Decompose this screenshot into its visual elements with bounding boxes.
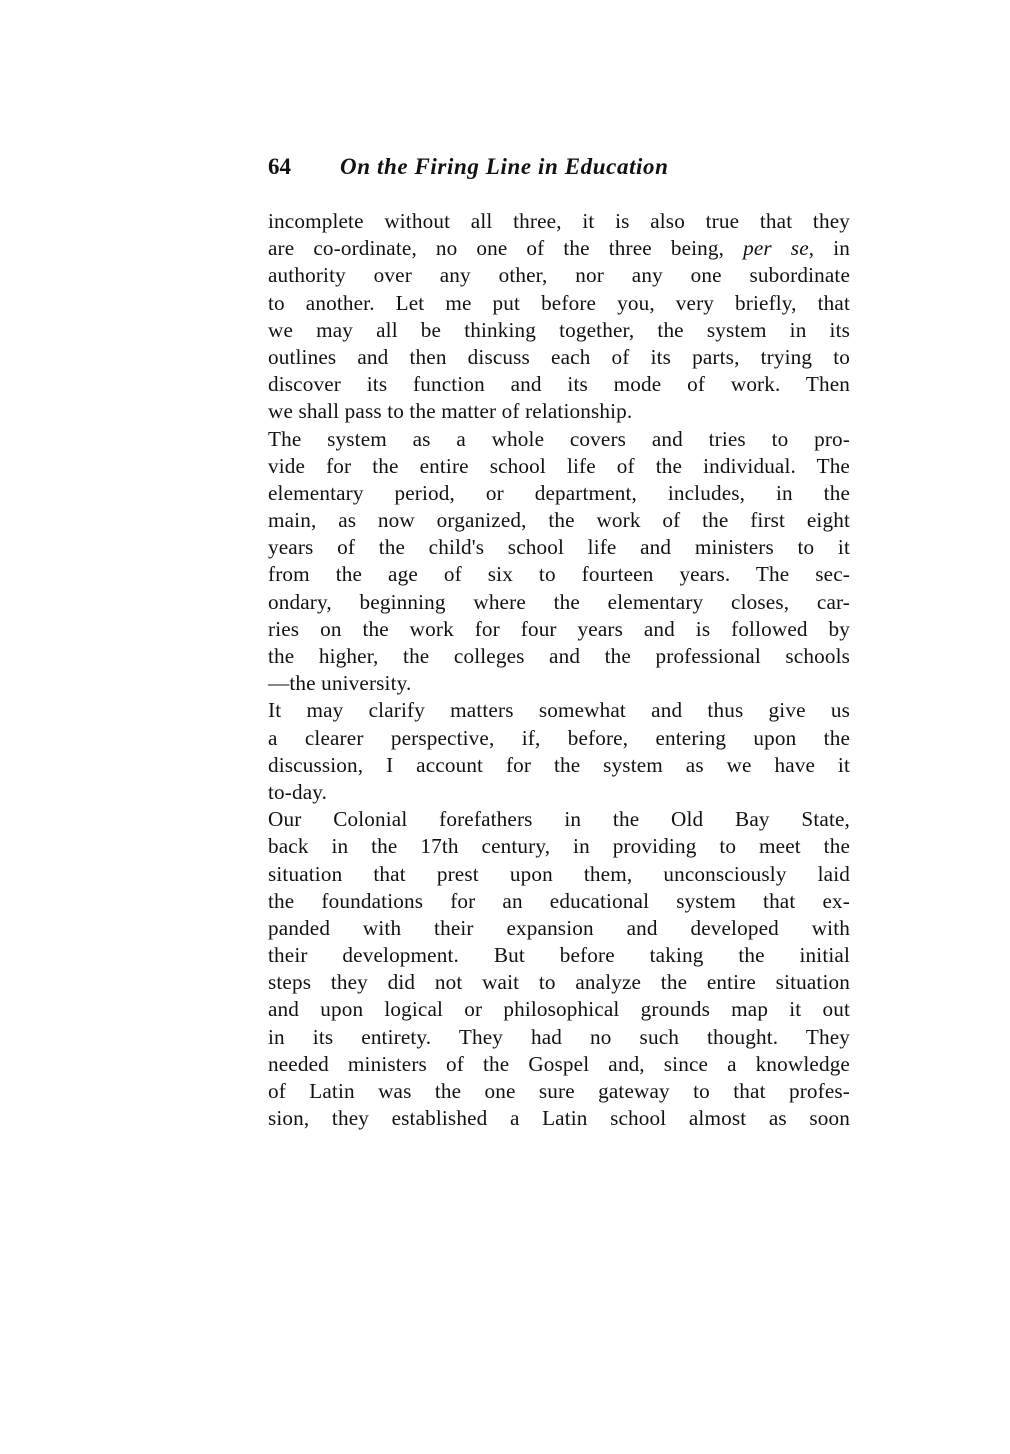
text-line: ondary, beginning where the elementary c… — [268, 589, 850, 616]
text-line: from the age of six to fourteen years. T… — [268, 561, 850, 588]
text-line: main, as now organized, the work of the … — [268, 507, 850, 534]
text-line: and upon logical or philosophical ground… — [268, 996, 850, 1023]
text-line: situation that prest upon them, unconsci… — [268, 861, 850, 888]
text-line: elementary period, or department, includ… — [268, 480, 850, 507]
running-head: 64 On the Firing Line in Education — [268, 150, 850, 190]
text-line: ries on the work for four years and is f… — [268, 616, 850, 643]
text-line: sion, they established a Latin school al… — [268, 1105, 850, 1132]
text-line: we shall pass to the matter of relations… — [268, 398, 850, 425]
text-line: outlines and then discuss each of its pa… — [268, 344, 850, 371]
text-span: , in — [809, 236, 850, 260]
text-line: discussion, I account for the system as … — [268, 752, 850, 779]
text-line: authority over any other, nor any one su… — [268, 262, 850, 289]
text-line: steps they did not wait to analyze the e… — [268, 969, 850, 996]
text-line: in its entirety. They had no such though… — [268, 1024, 850, 1051]
text-line: The system as a whole covers and tries t… — [268, 426, 850, 453]
text-line: needed ministers of the Gospel and, sinc… — [268, 1051, 850, 1078]
text-line: —the university. — [268, 670, 850, 697]
text-line: of Latin was the one sure gateway to tha… — [268, 1078, 850, 1105]
text-span: are co-ordinate, no one of the three bei… — [268, 236, 743, 260]
text-line: are co-ordinate, no one of the three bei… — [268, 235, 850, 262]
text-line: back in the 17th century, in providing t… — [268, 833, 850, 860]
book-page: 64 On the Firing Line in Education incom… — [268, 150, 850, 1132]
text-line: Our Colonial forefathers in the Old Bay … — [268, 806, 850, 833]
text-line: to-day. — [268, 779, 850, 806]
running-title: On the Firing Line in Education — [340, 154, 669, 180]
paragraph-continuation: incomplete without all three, it is also… — [268, 208, 850, 426]
text-line: we may all be thinking together, the sys… — [268, 317, 850, 344]
paragraph-clarify: It may clarify matters somewhat and thus… — [268, 697, 850, 806]
body-text: incomplete without all three, it is also… — [268, 208, 850, 1132]
page-number: 64 — [268, 154, 291, 180]
text-line: panded with their expansion and develope… — [268, 915, 850, 942]
text-line: the higher, the colleges and the profess… — [268, 643, 850, 670]
latin-phrase: per se — [743, 236, 809, 260]
text-line: to another. Let me put before you, very … — [268, 290, 850, 317]
text-line: a clearer perspective, if, before, enter… — [268, 725, 850, 752]
text-line: vide for the entire school life of the i… — [268, 453, 850, 480]
text-line: years of the child's school life and min… — [268, 534, 850, 561]
text-line: incomplete without all three, it is also… — [268, 208, 850, 235]
text-line: discover its function and its mode of wo… — [268, 371, 850, 398]
text-line: their development. But before taking the… — [268, 942, 850, 969]
text-line: It may clarify matters somewhat and thus… — [268, 697, 850, 724]
text-line: the foundations for an educational syste… — [268, 888, 850, 915]
paragraph-system: The system as a whole covers and tries t… — [268, 426, 850, 698]
paragraph-colonial: Our Colonial forefathers in the Old Bay … — [268, 806, 850, 1132]
